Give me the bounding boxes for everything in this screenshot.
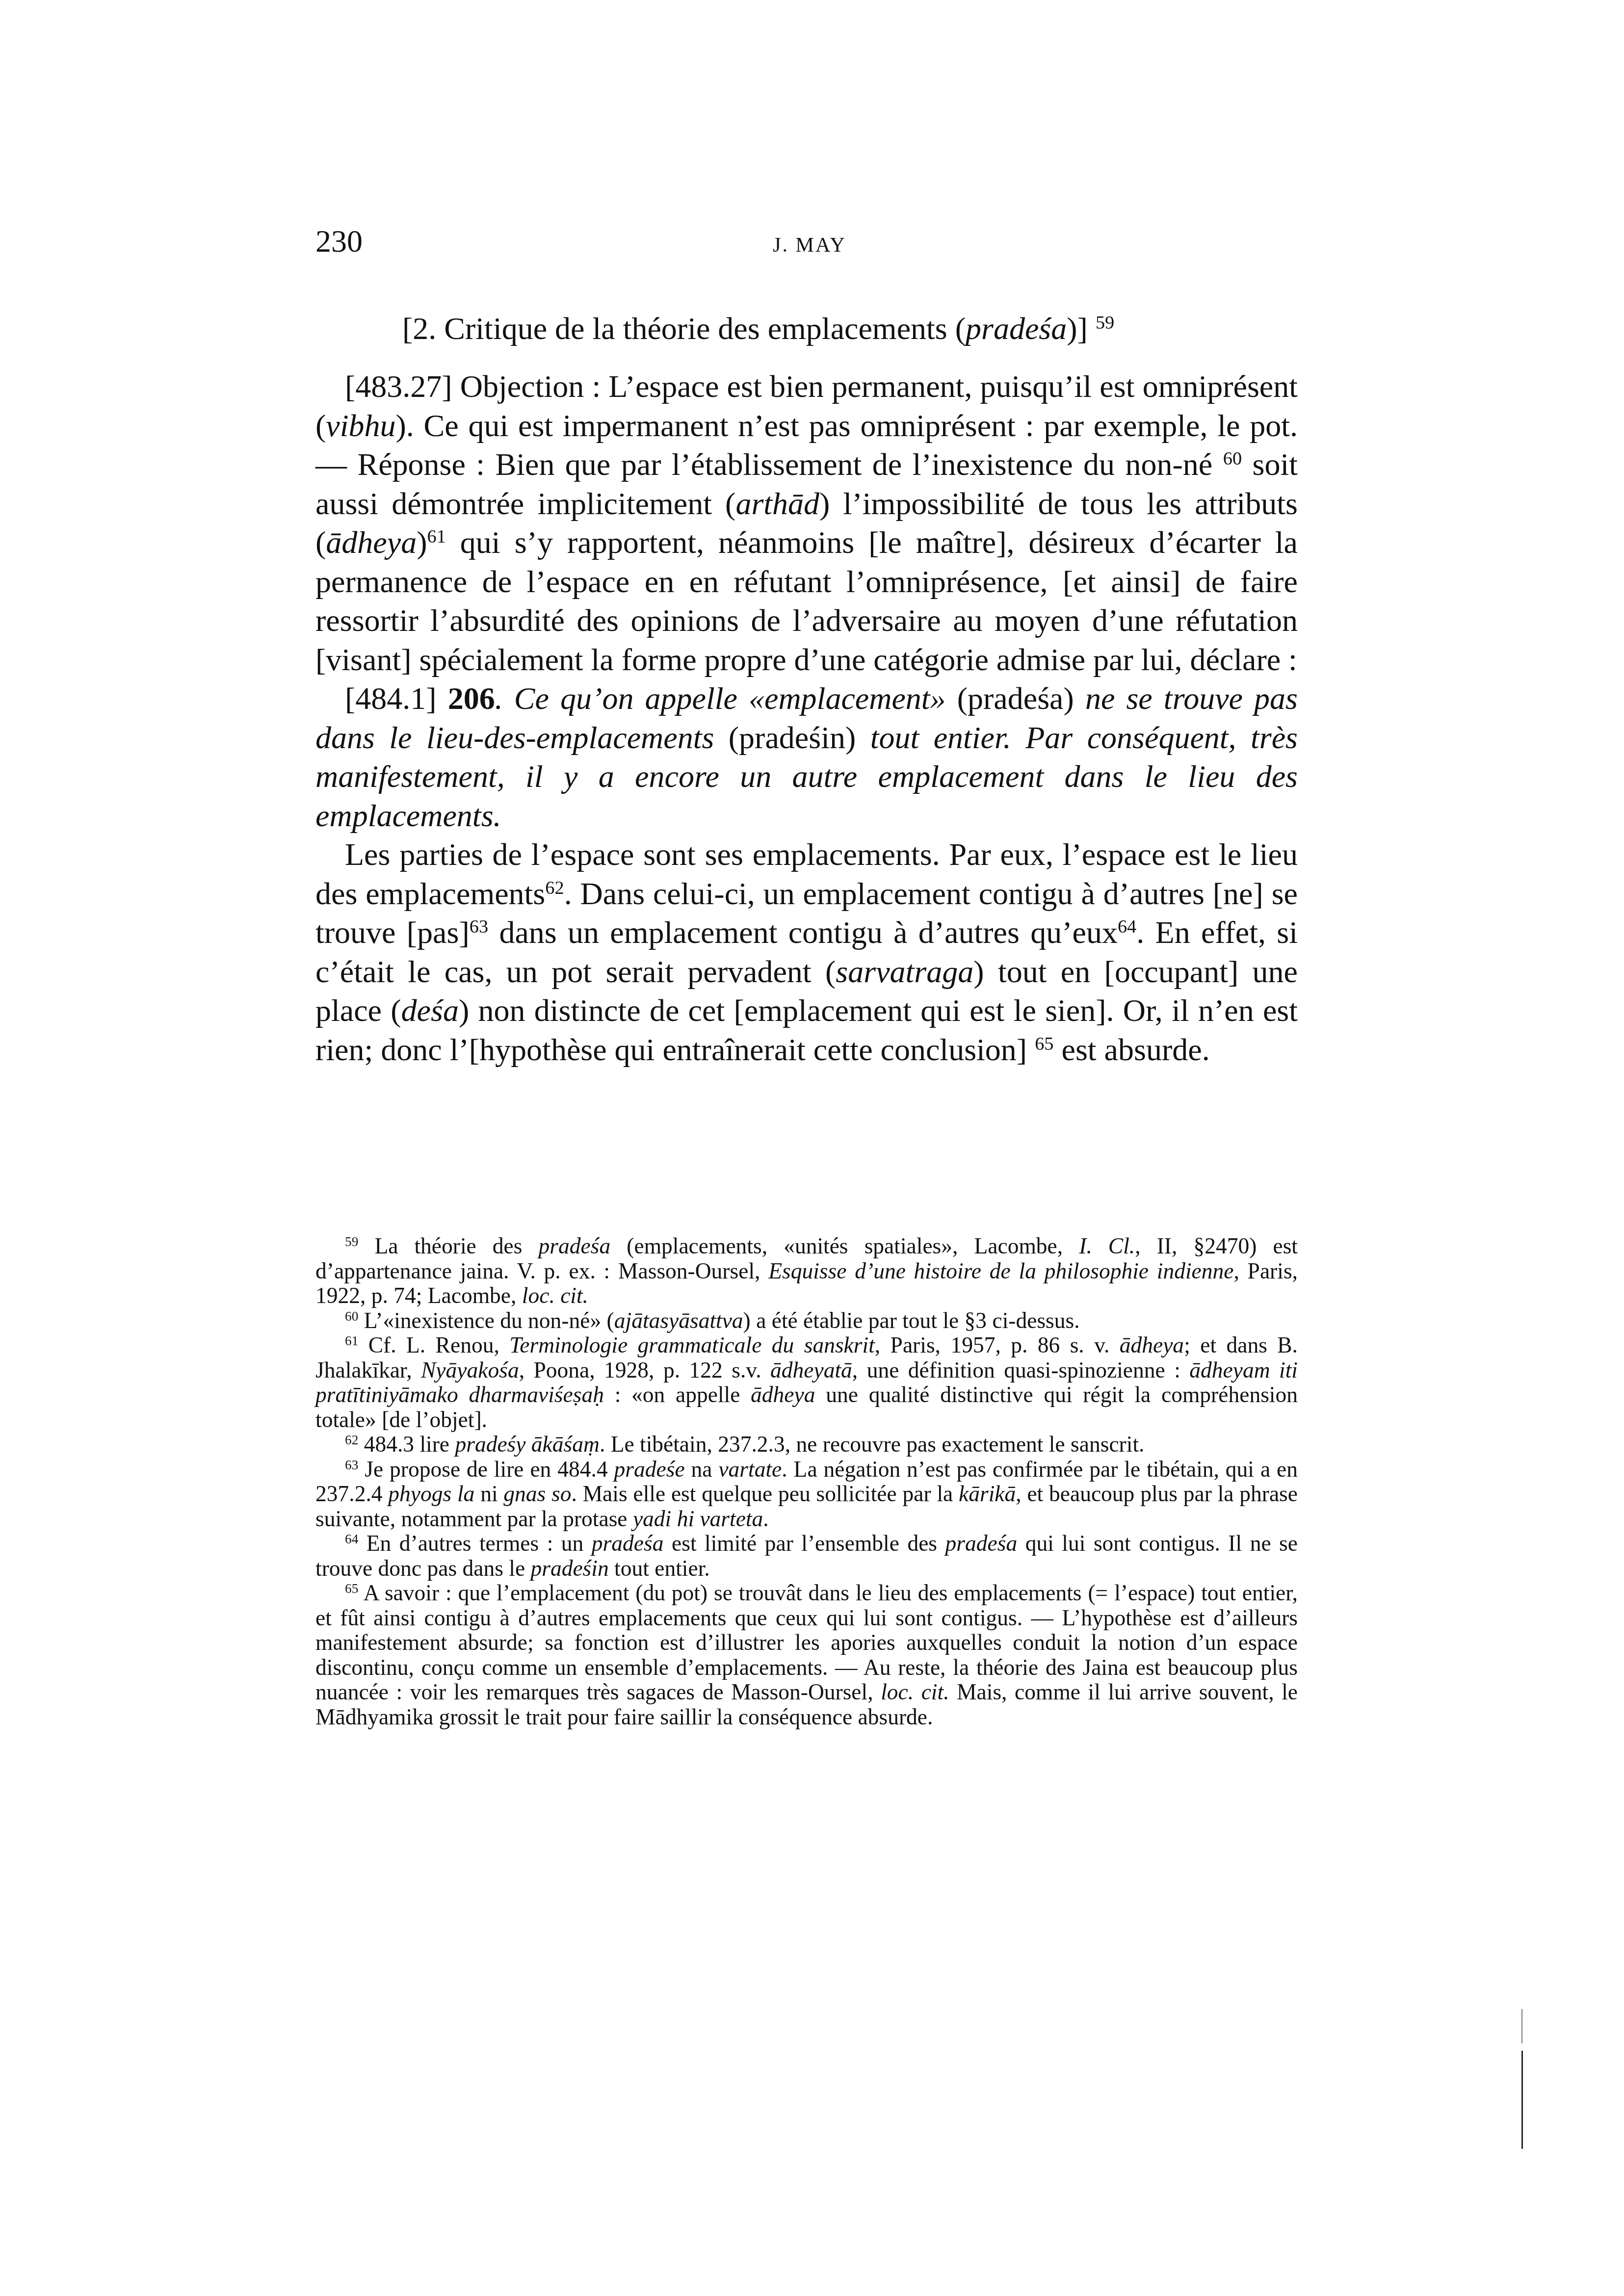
heading-close: )]: [1067, 311, 1088, 346]
sanskrit-term: ādheya: [1120, 1332, 1184, 1357]
footnote-ref[interactable]: 61: [427, 526, 445, 547]
section-heading: [2. Critique de la théorie des emplaceme…: [402, 309, 1285, 348]
footnote-60: 60 L’«inexistence du non-né» (ajātasyāsa…: [315, 1308, 1298, 1333]
text-run: tout entier.: [609, 1556, 710, 1581]
sanskrit-term: pradeśa: [539, 1233, 611, 1258]
footnote-63: 63 Je propose de lire en 484.4 pradeśe n…: [315, 1457, 1298, 1532]
sanskrit-term: sarvatraga: [836, 954, 973, 989]
sanskrit-term: ādheya: [751, 1382, 815, 1407]
running-head: J. MAY: [716, 231, 903, 260]
footnote-ref[interactable]: 62: [545, 877, 564, 898]
citation-title: Terminologie grammaticale du sanskrit: [509, 1332, 875, 1357]
footnote-ref[interactable]: 59: [1096, 313, 1114, 333]
footnote-number: 60: [345, 1309, 358, 1324]
citation-title: loc. cit.: [522, 1283, 588, 1308]
footnote-ref[interactable]: 65: [1035, 1033, 1053, 1054]
sanskrit-term: (pradeśa): [957, 681, 1074, 716]
footnotes: 59 La théorie des pradeśa (emplacements,…: [315, 1234, 1298, 1729]
verse-ref: [484.1]: [345, 681, 448, 716]
text-run: Je propose de lire en 484.4: [358, 1457, 614, 1482]
sanskrit-term: pradeśin: [530, 1556, 608, 1581]
citation-title: I. Cl.: [1079, 1233, 1135, 1258]
footnote-61: 61 Cf. L. Renou, Terminologie grammatica…: [315, 1333, 1298, 1432]
footnote-ref[interactable]: 64: [1118, 916, 1136, 937]
sanskrit-term: deśa: [401, 993, 459, 1028]
verse-text: . Ce qu’on appelle «emplacement»: [495, 681, 957, 716]
text-run: ni: [474, 1481, 503, 1506]
paragraph-objection: [483.27] Objection : L’espace est bien p…: [315, 367, 1298, 679]
text-run: , une définition quasi-spinozienne :: [852, 1357, 1190, 1383]
footnote-number: 62: [345, 1433, 358, 1447]
text-run: , Paris, 1957, p. 86 s. v.: [875, 1332, 1120, 1357]
heading-term: pradeśa: [966, 311, 1067, 346]
paragraph-commentary: Les parties de l’espace sont ses emplace…: [315, 835, 1298, 1069]
sanskrit-term: arthād: [735, 486, 819, 521]
sanskrit-term: yadi hi varteta: [633, 1506, 763, 1531]
text-run: dans un emplacement contigu à d’autres q…: [488, 915, 1118, 950]
text-run: : «on appelle: [604, 1382, 751, 1407]
footnote-62: 62 484.3 lire pradeśy ākāśaṃ. Le tibétai…: [315, 1432, 1298, 1457]
footnote-65: 65 A savoir : que l’emplacement (du pot)…: [315, 1581, 1298, 1729]
scan-artifact-line: [1521, 2009, 1522, 2043]
text-run: En d’autres termes : un: [358, 1531, 592, 1556]
sanskrit-term: pradeśa: [592, 1531, 664, 1556]
sanskrit-term: pradeśy ākāśaṃ: [455, 1432, 599, 1457]
text-run: ) a été établie par tout le §3 ci-dessus…: [743, 1308, 1080, 1333]
citation-title: Nyāyakośa: [421, 1357, 519, 1383]
footnote-64: 64 En d’autres termes : un pradeśa est l…: [315, 1531, 1298, 1581]
footnote-59: 59 La théorie des pradeśa (emplacements,…: [315, 1234, 1298, 1308]
text-run: ). Ce qui est impermanent n’est pas omni…: [315, 408, 1298, 482]
footnote-number: 61: [345, 1333, 358, 1348]
sanskrit-term: pradeśa: [945, 1531, 1018, 1556]
text-run: , Poona, 1928, p. 122 s.v.: [519, 1357, 770, 1383]
tibetan-term: phyogs la: [388, 1481, 474, 1506]
text-run: (emplacements, «unités spatiales», Lacom…: [610, 1233, 1079, 1258]
scan-artifact-line: [1521, 2051, 1523, 2149]
sanskrit-term: kārikā: [959, 1481, 1016, 1506]
sanskrit-term: ādheyatā: [770, 1357, 852, 1383]
text-run: Cf. L. Renou,: [358, 1332, 509, 1357]
page-number: 230: [315, 222, 363, 261]
text-run: 484.3 lire: [358, 1432, 455, 1457]
body-text: [483.27] Objection : L’espace est bien p…: [315, 367, 1298, 1069]
text-run: . Mais elle est quelque peu sollicitée p…: [572, 1481, 959, 1506]
footnote-number: 65: [345, 1581, 358, 1596]
text-run: ): [417, 525, 427, 560]
citation-title: Esquisse d’une histoire de la philosophi…: [768, 1258, 1233, 1283]
footnote-number: 63: [345, 1458, 358, 1472]
citation-title: loc. cit.: [881, 1679, 949, 1704]
sanskrit-term: pradeśe: [614, 1457, 685, 1482]
footnote-ref[interactable]: 60: [1223, 448, 1242, 469]
sanskrit-term: vibhu: [326, 408, 395, 443]
text-run: .: [763, 1506, 768, 1531]
text-run: est absurde.: [1054, 1032, 1210, 1067]
footnote-number: 64: [345, 1532, 358, 1546]
footnote-number: 59: [345, 1234, 358, 1249]
text-run: est limité par l’ensemble des: [663, 1531, 945, 1556]
text-run: L’«inexistence du non-né» (: [358, 1308, 614, 1333]
sanskrit-term: ajātasyāsattva: [614, 1308, 743, 1333]
text-run: qui s’y rapportent, néanmoins [le maître…: [315, 525, 1298, 677]
tibetan-term: gnas so: [503, 1481, 571, 1506]
text-run: . Le tibétain, 237.2.3, ne recouvre pas …: [600, 1432, 1145, 1457]
sanskrit-term: vartate: [718, 1457, 782, 1482]
text-run: na: [685, 1457, 719, 1482]
footnote-ref[interactable]: 63: [470, 916, 488, 937]
verse-number: 206: [448, 681, 495, 716]
text-run: La théorie des: [358, 1233, 538, 1258]
heading-text: [2. Critique de la théorie des emplaceme…: [402, 311, 966, 346]
sanskrit-term: ādheya: [326, 525, 417, 560]
sanskrit-term: (pradeśin): [729, 720, 856, 755]
paragraph-verse: [484.1] 206. Ce qu’on appelle «emplaceme…: [315, 679, 1298, 835]
